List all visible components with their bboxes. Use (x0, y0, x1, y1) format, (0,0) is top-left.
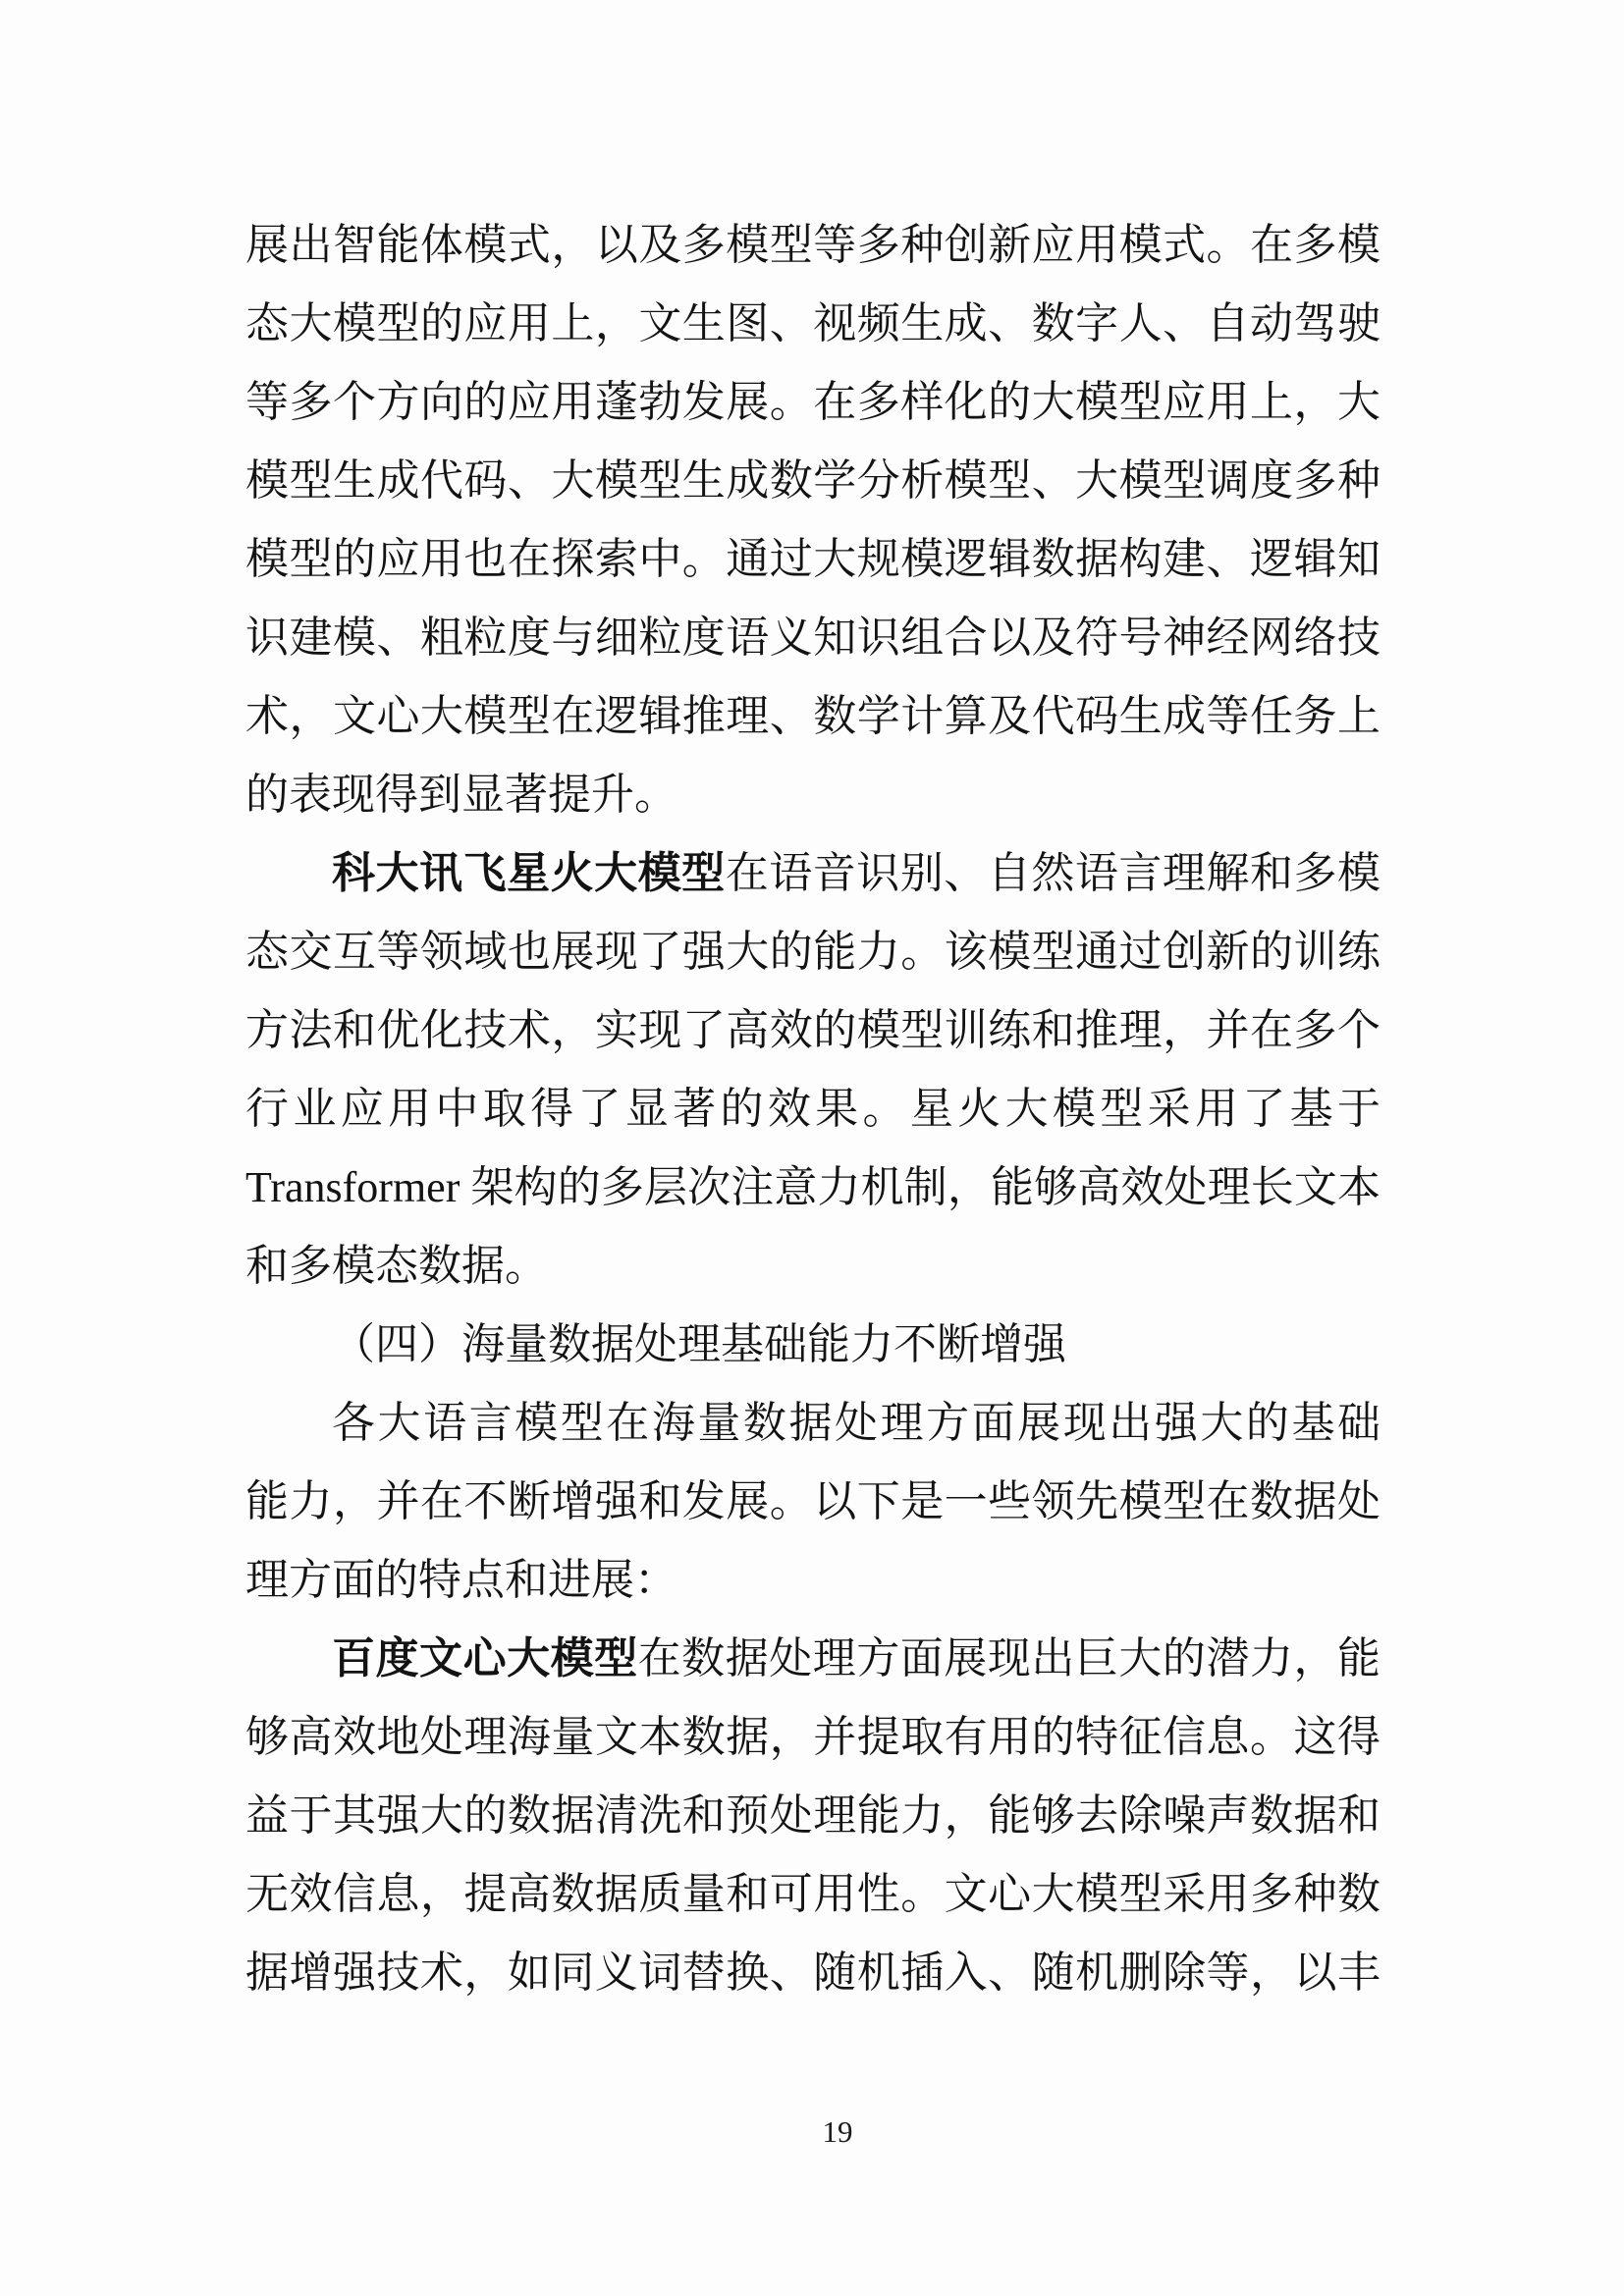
page-text-body: 展出智能体模式，以及多模型等多种创新应用模式。在多模 态大模型的应用上，文生图、… (245, 206, 1380, 2012)
text-run: 模型生成代码、大模型生成数学分析模型、大模型调度多种 (245, 456, 1380, 505)
text-run: 方法和优化技术，实现了高效的模型训练和推理，并在多个 (245, 1006, 1380, 1054)
text-run: 据增强技术，如同义词替换、随机插入、随机删除等，以丰 (245, 1949, 1380, 1997)
text-line: 和多模态数据。 (245, 1227, 1380, 1306)
text-line: 各大语言模型在海量数据处理方面展现出强大的基础 (245, 1384, 1380, 1463)
text-line: 益于其强大的数据清洗和预处理能力，能够去除噪声数据和 (245, 1777, 1380, 1855)
text-line: Transformer 架构的多层次注意力机制，能够高效处理长文本 (245, 1148, 1380, 1227)
text-run: Transformer 架构的多层次注意力机制，能够高效处理长文本 (245, 1163, 1380, 1211)
text-run: 在数据处理方面展现出巨大的潜力，能 (638, 1634, 1380, 1682)
text-run: 等多个方向的应用蓬勃发展。在多样化的大模型应用上，大 (245, 378, 1380, 426)
text-run: 展出智能体模式，以及多模型等多种创新应用模式。在多模 (245, 221, 1380, 269)
text-line: 模型的应用也在探索中。通过大规模逻辑数据构建、逻辑知 (245, 520, 1380, 599)
text-run: 模型的应用也在探索中。通过大规模逻辑数据构建、逻辑知 (245, 535, 1380, 583)
model-name-bold-run: 科大讯飞星火大模型 (332, 849, 726, 897)
text-line: 行业应用中取得了显著的效果。星火大模型采用了基于 (245, 1070, 1380, 1148)
text-line: 方法和优化技术，实现了高效的模型训练和推理，并在多个 (245, 991, 1380, 1070)
text-run: 态大模型的应用上，文生图、视频生成、数字人、自动驾驶 (245, 299, 1380, 347)
text-line: 态大模型的应用上，文生图、视频生成、数字人、自动驾驶 (245, 285, 1380, 363)
page-number: 19 (823, 2114, 853, 2149)
text-run: 态交互等领域也展现了强大的能力。该模型通过创新的训练 (245, 928, 1380, 976)
text-line: 科大讯飞星火大模型在语音识别、自然语言理解和多模 (245, 834, 1380, 913)
section-heading-text: （四）海量数据处理基础能力不断增强 (332, 1320, 1066, 1368)
text-line: 百度文心大模型在数据处理方面展现出巨大的潜力，能 (245, 1620, 1380, 1698)
text-line: 模型生成代码、大模型生成数学分析模型、大模型调度多种 (245, 442, 1380, 520)
text-run: 理方面的特点和进展： (245, 1556, 677, 1604)
text-line: 能力，并在不断增强和发展。以下是一些领先模型在数据处 (245, 1463, 1380, 1541)
text-line: 理方面的特点和进展： (245, 1541, 1380, 1620)
document-page: 展出智能体模式，以及多模型等多种创新应用模式。在多模 态大模型的应用上，文生图、… (0, 0, 1624, 2296)
text-run: 够高效地处理海量文本数据，并提取有用的特征信息。这得 (245, 1713, 1380, 1761)
text-line: 展出智能体模式，以及多模型等多种创新应用模式。在多模 (245, 206, 1380, 285)
text-line: 够高效地处理海量文本数据，并提取有用的特征信息。这得 (245, 1698, 1380, 1777)
text-run: 益于其强大的数据清洗和预处理能力，能够去除噪声数据和 (245, 1791, 1380, 1840)
text-run: 无效信息，提高数据质量和可用性。文心大模型采用多种数 (245, 1870, 1380, 1918)
text-line: 的表现得到显著提升。 (245, 756, 1380, 834)
text-run: 的表现得到显著提升。 (245, 771, 677, 819)
text-line: 等多个方向的应用蓬勃发展。在多样化的大模型应用上，大 (245, 363, 1380, 442)
section-heading: （四）海量数据处理基础能力不断增强 (245, 1306, 1380, 1384)
text-run: 行业应用中取得了显著的效果。星火大模型采用了基于 (245, 1085, 1380, 1133)
page-footer: 19 (245, 2112, 1430, 2152)
text-run: 和多模态数据。 (245, 1242, 548, 1290)
text-line: 据增强技术，如同义词替换、随机插入、随机删除等，以丰 (245, 1934, 1380, 2012)
text-line: 术，文心大模型在逻辑推理、数学计算及代码生成等任务上 (245, 677, 1380, 756)
text-run: 各大语言模型在海量数据处理方面展现出强大的基础 (332, 1399, 1380, 1447)
text-line: 识建模、粗粒度与细粒度语义知识组合以及符号神经网络技 (245, 599, 1380, 677)
text-line: 无效信息，提高数据质量和可用性。文心大模型采用多种数 (245, 1855, 1380, 1934)
text-run: 能力，并在不断增强和发展。以下是一些领先模型在数据处 (245, 1477, 1380, 1525)
text-run: 识建模、粗粒度与细粒度语义知识组合以及符号神经网络技 (245, 614, 1380, 662)
text-run: 在语音识别、自然语言理解和多模 (726, 849, 1380, 897)
text-run: 术，文心大模型在逻辑推理、数学计算及代码生成等任务上 (245, 692, 1380, 740)
text-line: 态交互等领域也展现了强大的能力。该模型通过创新的训练 (245, 913, 1380, 991)
model-name-bold-run: 百度文心大模型 (332, 1634, 638, 1682)
